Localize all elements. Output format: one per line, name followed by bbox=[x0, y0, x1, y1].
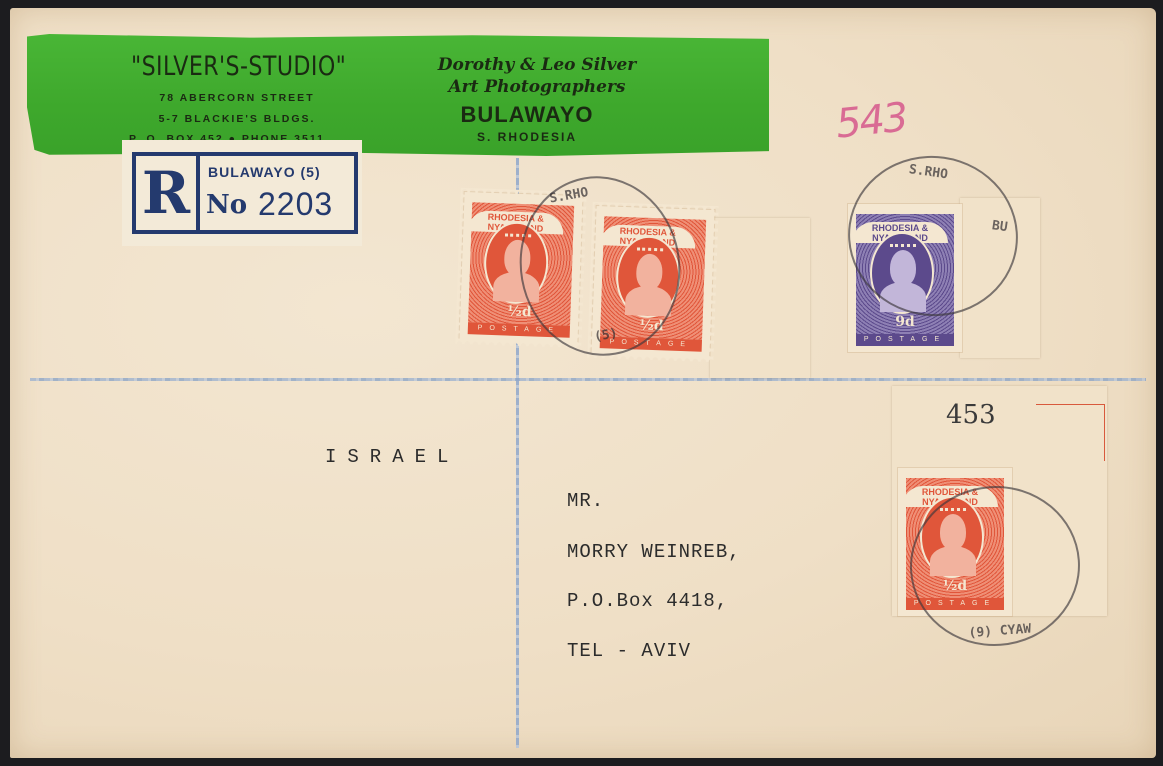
registration-number: 2203 bbox=[258, 186, 333, 223]
sheet-corner-guide-line bbox=[1036, 404, 1105, 461]
addressee-line: TEL - AVIV bbox=[567, 640, 691, 662]
registered-crossing-line-horizontal bbox=[30, 378, 1146, 381]
profession: Art Photographers bbox=[407, 76, 667, 98]
registration-number-prefix: No bbox=[206, 190, 247, 220]
sender-address-line: 5-7 BLACKIE'S BLDGS. bbox=[92, 113, 382, 125]
postmark-subtext: (5) bbox=[593, 326, 619, 345]
postmark-subtext: BU bbox=[991, 218, 1009, 235]
registration-letter: R bbox=[136, 156, 200, 230]
sheet-plate-number: 453 bbox=[946, 400, 996, 430]
registration-box: R BULAWAYO (5) No 2203 bbox=[132, 152, 358, 234]
postmark-text: S.RHO bbox=[548, 185, 589, 207]
sheet-margin bbox=[710, 218, 810, 378]
addressee-line: MR. bbox=[567, 490, 604, 512]
destination-country: ISRAEL bbox=[325, 446, 459, 468]
sender-region: S. RHODESIA bbox=[407, 130, 647, 144]
studio-owners: Dorothy & Leo Silver Art Photographers bbox=[407, 54, 667, 98]
sender-city: BULAWAYO bbox=[407, 102, 647, 128]
sender-address-line: 78 ABERCORN STREET bbox=[92, 92, 382, 104]
owners-name: Dorothy & Leo Silver bbox=[407, 54, 667, 76]
studio-name: "SILVER'S-STUDIO" bbox=[131, 51, 346, 82]
postmark-text: (9) CYAW bbox=[968, 622, 1032, 641]
postmark-text: S.RHO bbox=[908, 162, 949, 182]
addressee-line: P.O.Box 4418, bbox=[567, 590, 728, 612]
envelope: "SILVER'S-STUDIO" 78 ABERCORN STREET 5-7… bbox=[10, 8, 1156, 758]
registration-office: BULAWAYO (5) bbox=[208, 164, 321, 180]
addressee-line: MORRY WEINREB, bbox=[567, 541, 741, 563]
pencil-note: 543 bbox=[834, 94, 909, 147]
sender-label: "SILVER'S-STUDIO" 78 ABERCORN STREET 5-7… bbox=[27, 34, 769, 156]
stamp-caption: POSTAGE bbox=[856, 334, 954, 346]
registration-label: R BULAWAYO (5) No 2203 bbox=[122, 140, 362, 246]
stamp-value: 9d bbox=[848, 314, 962, 330]
